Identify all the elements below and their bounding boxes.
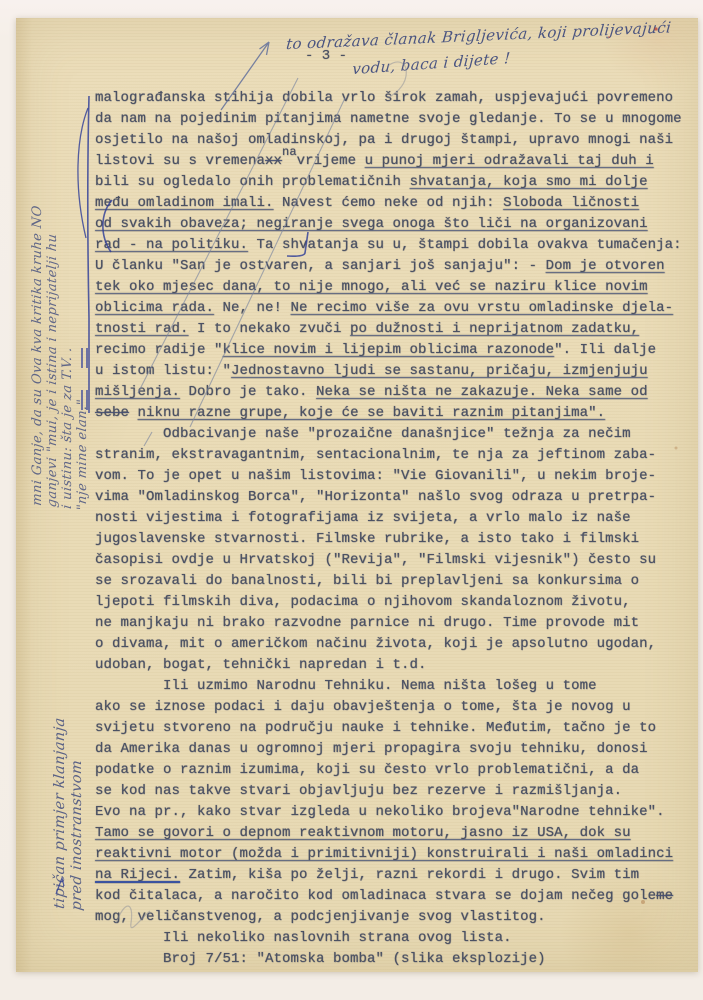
pencil-scribble-bottom [116,906,150,928]
diagonal-pencil-stroke-1 [190,98,345,427]
paper-specks [608,27,678,904]
scanned-page: - 3 - to odražava članak Brigljevića, ko… [16,18,698,972]
scan-background: { "page": { "number_label": "- 3 -", "pa… [0,0,703,1000]
paragraph-caret-stroke [144,432,152,446]
margin-double-bar-1 [82,348,87,368]
politiku-corner-bracket [287,232,308,256]
brown-speck-1 [641,900,645,904]
red-speck-2 [608,36,610,38]
arrow-stroke [221,42,269,110]
margin-brace [78,108,88,238]
margin-vertical-line [88,96,89,413]
brown-speck-2 [675,447,678,450]
margin-double-bar-2 [82,390,87,410]
pencil-squiggle-top [388,62,406,98]
red-speck-1 [654,27,657,30]
annotation-strokes-overlay [16,18,698,972]
diagonal-pencil-stroke-2 [138,78,298,393]
margin-tick [56,878,64,894]
margin-paren-bracket [103,200,112,252]
